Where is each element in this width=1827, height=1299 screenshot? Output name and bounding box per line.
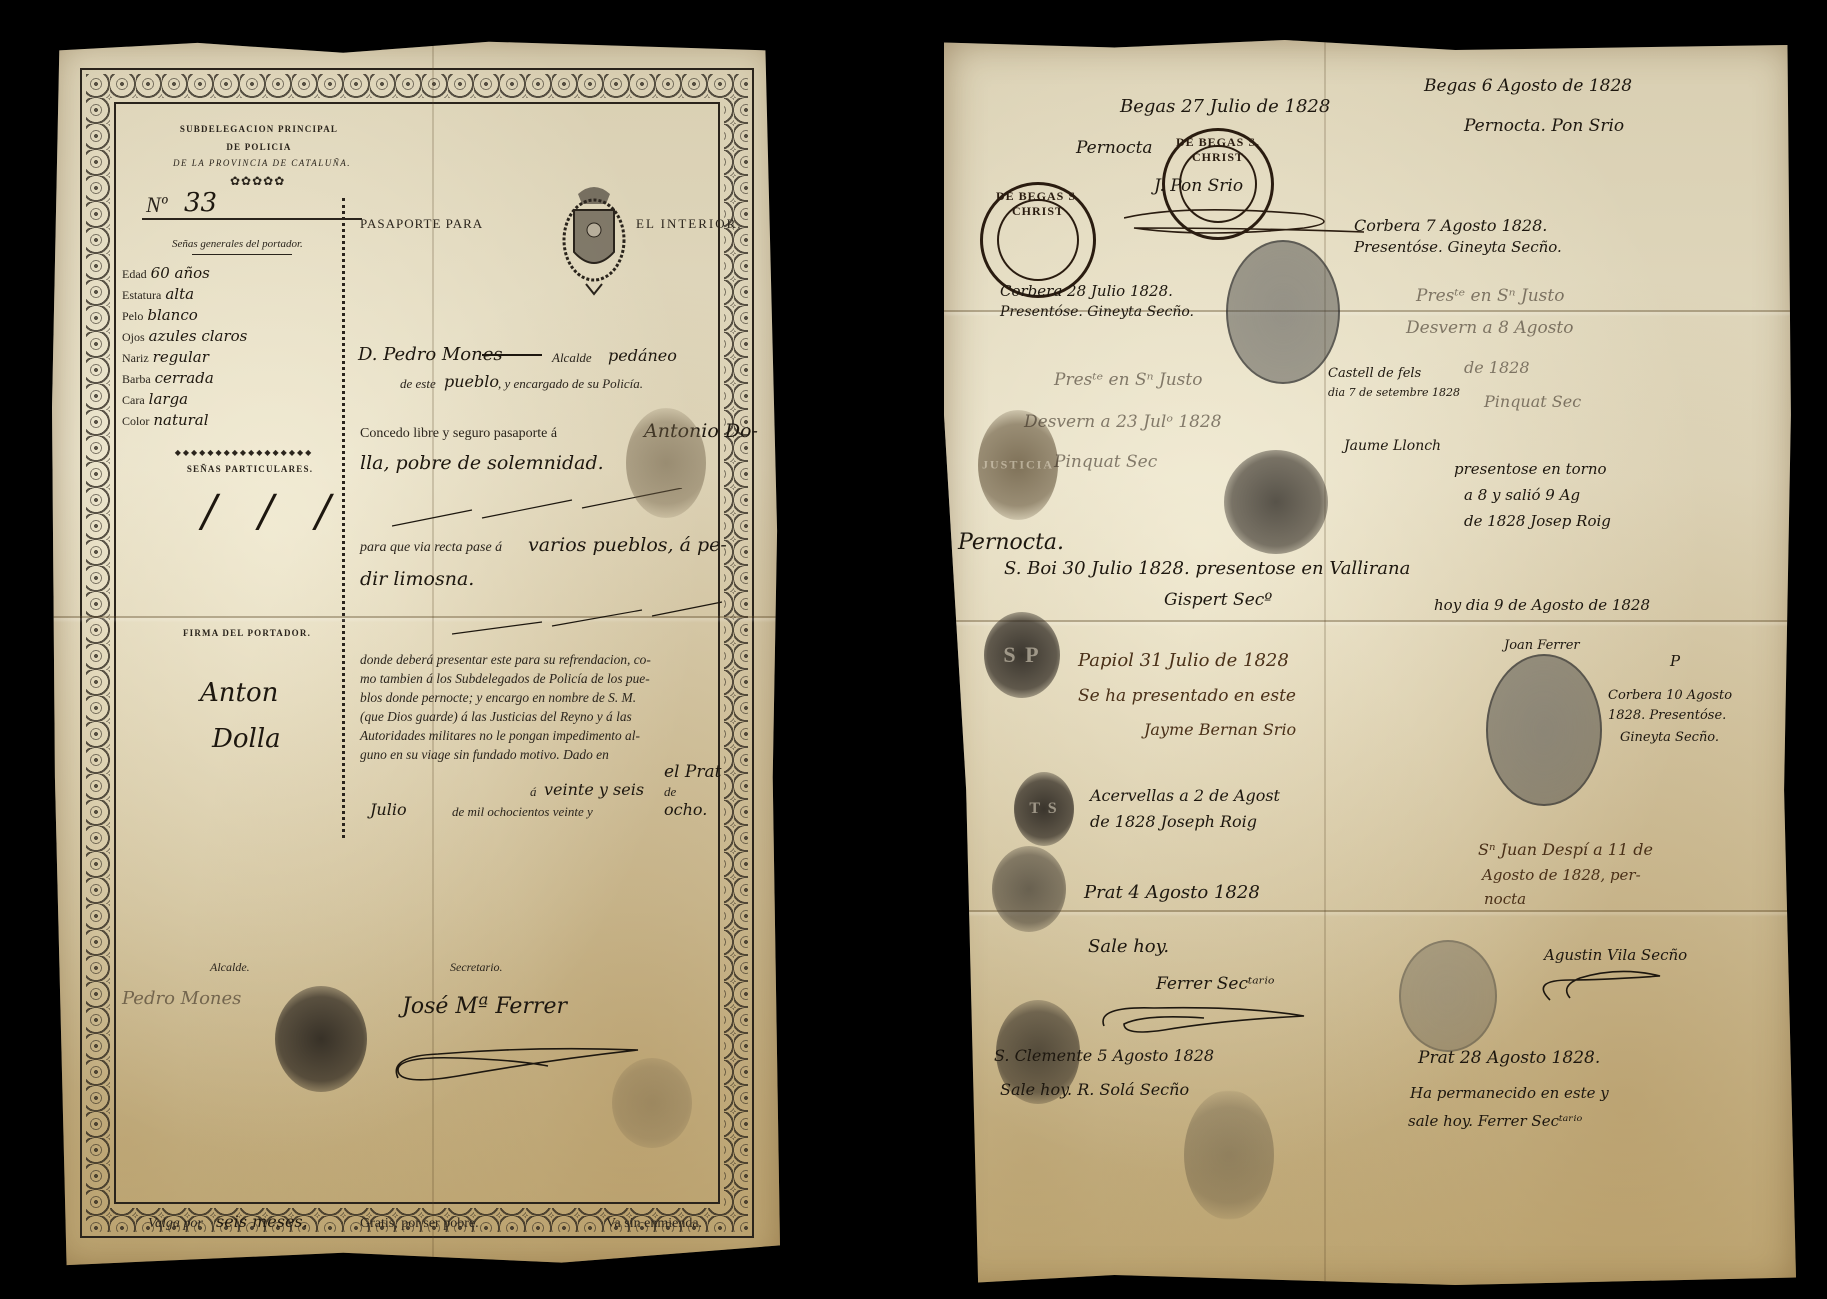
endorsement-begas-6-line-1: Begas 6 Agosto de 1828: [1424, 76, 1632, 96]
fingerprint-smudge: [1184, 1090, 1274, 1220]
signature-flourish: [388, 1038, 648, 1098]
endorsement-castell-line-3: Jaume Llonch: [1344, 438, 1441, 454]
dest-hand-2: dir limosna.: [360, 568, 474, 590]
endorsement-st-just-23-line-3: Pinquat Sec: [1054, 452, 1157, 472]
fee-note: Gratis, por ser pobre.: [360, 1216, 479, 1232]
header-line-2: DE POLICIA: [164, 142, 354, 152]
descriptor-pelo: Pelo blanco: [122, 306, 247, 327]
oval-seal-2: [1486, 654, 1602, 806]
legal-text: donde deberá presentar este para su refr…: [360, 650, 710, 764]
endorsement-st-joan-despi-line-3: nocta: [1484, 890, 1526, 908]
passport-front-page: SUBDELEGACION PRINCIPAL DE POLICIA DE LA…: [52, 38, 780, 1270]
endorsement-prat-28-line-2: Ha permanecido en este y: [1410, 1084, 1609, 1102]
descriptor-estatura: Estatura alta: [122, 285, 247, 306]
endorsement-corbera-28-line-2: Presentóse. Gineyta Secño.: [1000, 304, 1194, 320]
dash-lines-2: [452, 598, 732, 638]
secretario-signature: José Mª Ferrer: [402, 994, 567, 1019]
issuer-name: D. Pedro Mones: [358, 344, 503, 365]
endorsement-st-clemente-line-2: Sale hoy. R. Solá Secño: [1000, 1080, 1189, 1099]
endorsement-corbera-28-line-1: Corbera 28 Julio 1828.: [1000, 282, 1173, 300]
endorsement-sant-boi-line-4: hoy dia 9 de Agosto de 1828: [1434, 596, 1650, 614]
endorsement-cervello-line-1: Acervellas a 2 de Agost: [1090, 786, 1280, 805]
endorsement-st-just-8-line-1: Presᵗᵉ en Sⁿ Justo: [1416, 286, 1564, 306]
date-month-hand: Julio: [370, 800, 407, 819]
bearer-signature-first: Anton: [200, 678, 278, 708]
endorsement-prat-28-line-1: Prat 28 Agosto 1828.: [1418, 1048, 1600, 1068]
endorsement-begas-27-line-2: Pernocta: [1076, 138, 1153, 158]
title-right: EL INTERIOR.: [636, 216, 743, 232]
date-print-c: de mil ochocientos veinte y: [452, 804, 593, 820]
dest-hand-1: varios pueblos, á pe-: [528, 534, 727, 556]
line2-print-a: de este: [400, 376, 436, 392]
endorsement-st-just-23-line-2: Desvern a 23 Julᵒ 1828: [1024, 412, 1222, 432]
date-year-hand: ocho.: [664, 800, 707, 819]
issuer-role-hand: pedáneo: [608, 346, 677, 365]
flourish-prat-4: [1094, 1000, 1334, 1050]
descriptor-barba: Barba cerrada: [122, 369, 247, 390]
grant-print: Concedo libre y seguro pasaporte á: [360, 426, 557, 442]
rosette-ornament: ✿✿✿✿✿: [230, 174, 285, 189]
descriptors-rule: [192, 254, 292, 255]
coat-of-arms-icon: [550, 180, 638, 300]
validity-print: Valga por: [148, 1216, 203, 1232]
place-hand: el Prat: [664, 762, 721, 782]
header-line-1: SUBDELEGACION PRINCIPAL: [164, 124, 354, 134]
secretario-label: Secretario.: [450, 960, 503, 975]
endorsement-st-just-8-line-3: de 1828: [1464, 358, 1530, 377]
endorsement-corbera-7-line-2: Presentóse. Gineyta Secño.: [1354, 238, 1562, 256]
sp-seal: S P: [984, 612, 1060, 698]
dest-print: para que via recta pase á: [360, 540, 502, 556]
ts-seal: T S: [1014, 772, 1074, 846]
descriptor-edad: Edad 60 años: [122, 264, 247, 285]
descriptor-ojos: Ojos azules claros: [122, 327, 247, 348]
endorsement-presentose-8-line-3: de 1828 Josep Roig: [1464, 512, 1611, 530]
faded-seal: [612, 1058, 692, 1148]
endorsement-castell-line-1: Castell de fels: [1328, 366, 1421, 381]
endorsement-st-just-8-line-4: Pinquat Sec: [1484, 392, 1581, 411]
endorsement-sant-boi-line-1: Pernocta.: [958, 530, 1064, 555]
oval-seal-1: [1226, 240, 1340, 384]
descriptor-color: Color natural: [122, 411, 247, 432]
particulars-value: / / /: [202, 486, 344, 537]
header-line-3: DE LA PROVINCIA DE CATALUÑA.: [152, 158, 372, 168]
particulars-heading: SEÑAS PARTICULARES.: [160, 464, 340, 474]
alcalde-label: Alcalde.: [210, 960, 250, 975]
signature-heading: FIRMA DEL PORTADOR.: [172, 628, 322, 638]
passport-back-page: DE BEGAS S. CHRIST DE BEGAS S. CHRIST JU…: [944, 40, 1796, 1290]
date-print-b: de: [664, 784, 676, 800]
date-day-hand: veinte y seis: [544, 780, 644, 799]
endorsement-begas-27-line-3: J. Pon Srio: [1154, 176, 1243, 196]
descriptor-list: Edad 60 años Estatura alta Pelo blanco O…: [122, 264, 247, 432]
title-left: PASAPORTE PARA: [360, 216, 483, 232]
fold-crease-3: [944, 910, 1796, 912]
flourish-1: [1124, 198, 1384, 248]
endorsement-st-just-23-line-1: Presᵗᵉ en Sⁿ Justo: [1054, 370, 1202, 390]
alcalde-signature: Pedro Mones: [122, 988, 241, 1009]
endorsement-prat-4-line-2: Sale hoy.: [1088, 936, 1169, 957]
smudge-seal: [992, 846, 1066, 932]
descriptor-nariz: Nariz regular: [122, 348, 247, 369]
endorsement-joan-ferrer-line-2: P: [1670, 652, 1680, 670]
endorsement-sant-boi-line-2: S. Boi 30 Julio 1828. presentose en Vall…: [1004, 558, 1410, 579]
endorsement-prat-4-line-1: Prat 4 Agosto 1828: [1084, 882, 1260, 903]
castle-seal: [1224, 450, 1328, 554]
endorsement-prat-4-line-3: Ferrer Secᵗᵃʳⁱᵒ: [1156, 974, 1274, 994]
amendment-note: Va sin enmienda.: [606, 1216, 702, 1232]
endorsement-corbera-7-line-1: Corbera 7 Agosto 1828.: [1354, 216, 1547, 235]
fold-crease-2: [944, 620, 1796, 622]
begas-postmark-1: DE BEGAS S. CHRIST: [980, 182, 1096, 298]
endorsement-st-just-8-line-2: Desvern a 8 Agosto: [1406, 318, 1574, 338]
endorsement-corbera-10-line-3: Gineyta Secño.: [1620, 730, 1719, 745]
number-label: Nº: [146, 192, 168, 218]
flourish-agustin: [1530, 960, 1680, 1010]
issuer-role-print: Alcalde: [552, 350, 592, 366]
endorsement-papiol-line-1: Papiol 31 Julio de 1828: [1078, 650, 1289, 671]
endorsement-begas-6-line-2: Pernocta. Pon Srio: [1464, 116, 1624, 136]
grant-hand-2: lla, pobre de solemnidad.: [360, 452, 604, 474]
endorsement-presentose-8-line-1: presentose en torno: [1454, 460, 1607, 478]
endorsement-papiol-line-3: Jayme Bernan Srio: [1144, 720, 1296, 739]
endorsement-cervello-line-2: de 1828 Joseph Roig: [1090, 812, 1257, 831]
endorsement-corbera-10-line-2: 1828. Presentóse.: [1608, 708, 1726, 723]
passport-number: 33: [184, 188, 217, 218]
municipal-seal: [275, 986, 367, 1092]
bearer-signature-last: Dolla: [212, 724, 281, 754]
embossed-seal: [626, 408, 706, 518]
line2-print-b: , y encargado de su Policía.: [498, 376, 643, 392]
endorsement-prat-28-line-3: sale hoy. Ferrer Secᵗᵃʳⁱᵒ: [1408, 1112, 1582, 1130]
line2-hand: pueblo: [444, 372, 499, 391]
endorsement-st-clemente-line-1: S. Clemente 5 Agosto 1828: [994, 1046, 1214, 1065]
endorsement-papiol-line-2: Se ha presentado en este: [1078, 686, 1296, 706]
endorsement-sant-boi-line-3: Gispert Secº: [1164, 590, 1272, 610]
endorsement-joan-ferrer-line-1: Joan Ferrer: [1504, 638, 1580, 653]
descriptor-cara: Cara larga: [122, 390, 247, 411]
faded-round-seal: [1399, 940, 1497, 1052]
endorsement-st-joan-despi-line-1: Sⁿ Juan Despí a 11 de: [1478, 840, 1653, 859]
endorsement-begas-27-line-1: Begas 27 Julio de 1828: [1120, 96, 1330, 117]
endorsement-st-joan-despi-line-2: Agosto de 1828, per-: [1482, 866, 1641, 884]
endorsement-castell-line-2: dia 7 de setembre 1828: [1328, 386, 1460, 399]
date-print-a: á: [530, 784, 537, 800]
validity-hand: seis meses.: [216, 1212, 308, 1231]
header-rule: [142, 218, 362, 220]
issuer-rule: [482, 354, 542, 356]
diamond-rule: ◆◆◆◆◆◆◆◆◆◆◆◆◆◆◆◆◆: [144, 448, 344, 457]
endorsement-presentose-8-line-2: a 8 y salió 9 Ag: [1464, 486, 1580, 504]
endorsement-corbera-10-line-1: Corbera 10 Agosto: [1608, 688, 1732, 703]
descriptors-heading: Señas generales del portador.: [172, 238, 303, 250]
